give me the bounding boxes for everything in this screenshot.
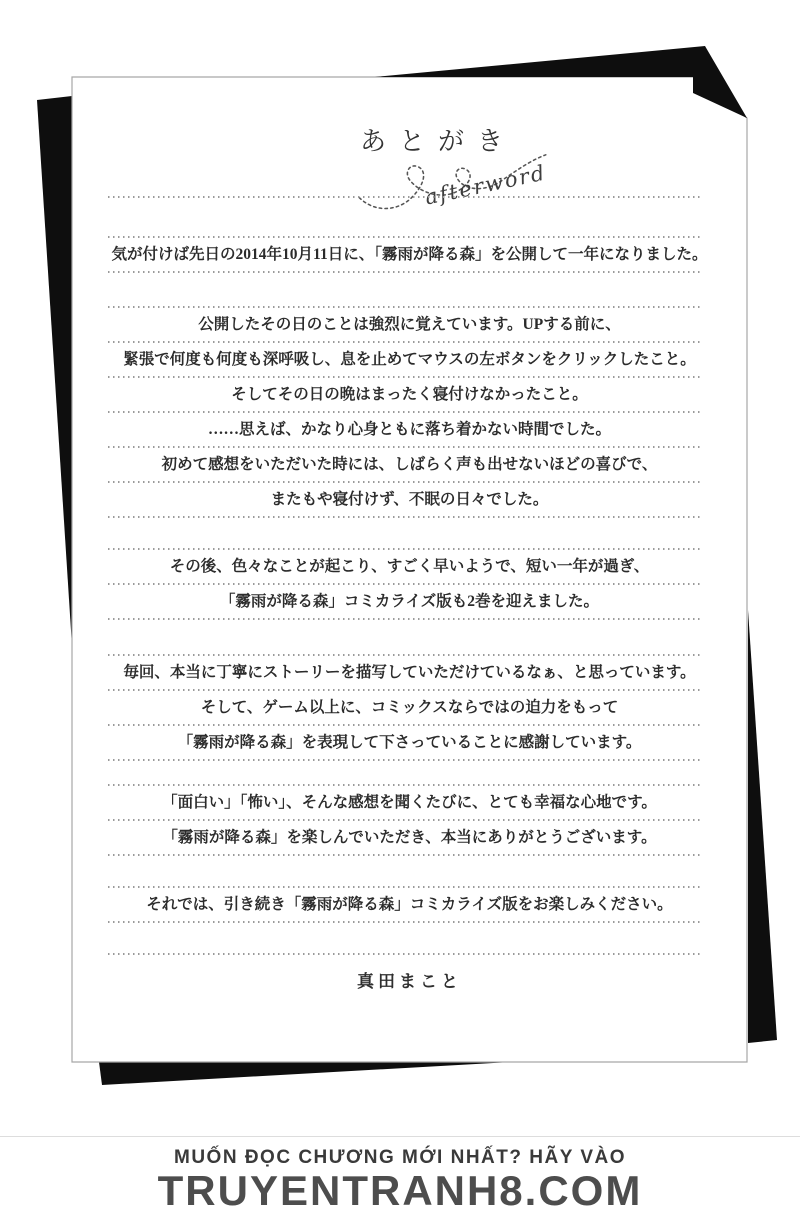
dotted-rule xyxy=(108,654,700,656)
author-signature: 真田まこと xyxy=(72,967,747,992)
page-content: あとがき afterword 気が付けば先日の2014年10月11日に、「霧雨が… xyxy=(72,77,747,1062)
manga-afterword-page: あとがき afterword 気が付けば先日の2014年10月11日に、「霧雨が… xyxy=(0,0,800,1211)
black-sheet-bottom-left-corner xyxy=(99,1062,512,1085)
dotted-rule xyxy=(108,236,700,238)
signature-block: 真田まこと xyxy=(72,953,747,992)
dotted-rule xyxy=(108,921,700,923)
paragraph-group: 毎回、本当に丁寧にストーリーを描写していただけているなぁ、と思っています。 そし… xyxy=(72,654,747,761)
black-sheet-right-edge xyxy=(748,610,777,1043)
dotted-rule xyxy=(108,271,700,273)
paragraph-group: その後、色々なことが起こり、すごく早いようで、短い一年が過ぎ、 「霧雨が降る森」… xyxy=(72,548,747,620)
dotted-rule xyxy=(108,516,700,518)
dotted-rule xyxy=(108,583,700,585)
dotted-rule xyxy=(108,886,700,888)
paragraph-group: 「面白い」「怖い」、そんな感想を聞くたびに、とても幸福な心地です。 「霧雨が降る… xyxy=(72,784,747,856)
dotted-rule xyxy=(108,446,700,448)
dotted-rule xyxy=(108,411,700,413)
paragraph-group: それでは、引き続き「霧雨が降る森」コミカライズ版をお楽しみください。 xyxy=(72,886,747,923)
text-line: 「面白い」「怖い」、そんな感想を聞くたびに、とても幸福な心地です。 xyxy=(72,792,747,813)
text-line: それでは、引き続き「霧雨が降る森」コミカライズ版をお楽しみください。 xyxy=(72,894,747,915)
dotted-rule xyxy=(108,548,700,550)
text-line: 気が付けば先日の2014年10月11日に、「霧雨が降る森」を公開して一年になりま… xyxy=(72,244,747,265)
site-footer: MUỐN ĐỌC CHƯƠNG MỚI NHẤT? HÃY VÀO TRUYEN… xyxy=(0,1136,800,1211)
text-line: 「霧雨が降る森」を楽しんでいただき、本当にありがとうございます。 xyxy=(72,827,747,848)
dotted-rule xyxy=(108,196,700,198)
text-line: またもや寝付けず、不眠の日々でした。 xyxy=(72,489,747,510)
text-line: その後、色々なことが起こり、すごく早いようで、短い一年が過ぎ、 xyxy=(72,556,747,577)
dotted-rule xyxy=(108,724,700,726)
text-line: 「霧雨が降る森」を表現して下さっていることに感謝しています。 xyxy=(72,732,747,753)
title-block: あとがき afterword xyxy=(72,77,747,198)
text-line: 公開したその日のことは強烈に覚えています。UPする前に、 xyxy=(72,314,747,335)
dotted-rule xyxy=(108,854,700,856)
paragraph-group: 気が付けば先日の2014年10月11日に、「霧雨が降る森」を公開して一年になりま… xyxy=(72,236,747,273)
text-line: 毎回、本当に丁寧にストーリーを描写していただけているなぁ、と思っています。 xyxy=(72,662,747,683)
dotted-rule xyxy=(108,618,700,620)
dotted-rule xyxy=(108,689,700,691)
dotted-rule xyxy=(108,481,700,483)
dotted-rule xyxy=(108,759,700,761)
dotted-rule xyxy=(108,376,700,378)
text-line: そしてその日の晩はまったく寝付けなかったこと。 xyxy=(72,384,747,405)
black-sheet-left-edge xyxy=(37,96,72,646)
dotted-rule xyxy=(108,953,700,955)
dotted-rule xyxy=(108,784,700,786)
dotted-rule xyxy=(108,306,700,308)
dotted-rule xyxy=(108,341,700,343)
text-line: そして、ゲーム以上に、コミックスならではの迫力をもって xyxy=(72,697,747,718)
footer-call-to-action: MUỐN ĐỌC CHƯƠNG MỚI NHẤT? HÃY VÀO xyxy=(0,1147,800,1169)
text-line: 緊張で何度も何度も深呼吸し、息を止めてマウスの左ボタンをクリックしたこと。 xyxy=(72,349,747,370)
text-line: 「霧雨が降る森」コミカライズ版も2巻を迎えました。 xyxy=(72,591,747,612)
paragraph-group: 公開したその日のことは強烈に覚えています。UPする前に、 緊張で何度も何度も深呼… xyxy=(72,306,747,518)
text-line: ……思えば、かなり心身ともに落ち着かない時間でした。 xyxy=(72,419,747,440)
text-line: 初めて感想をいただいた時には、しばらく声も出せないほどの喜びで、 xyxy=(72,454,747,475)
dotted-rule xyxy=(108,819,700,821)
footer-site-name: TRUYENTRANH8.COM xyxy=(0,1169,800,1211)
